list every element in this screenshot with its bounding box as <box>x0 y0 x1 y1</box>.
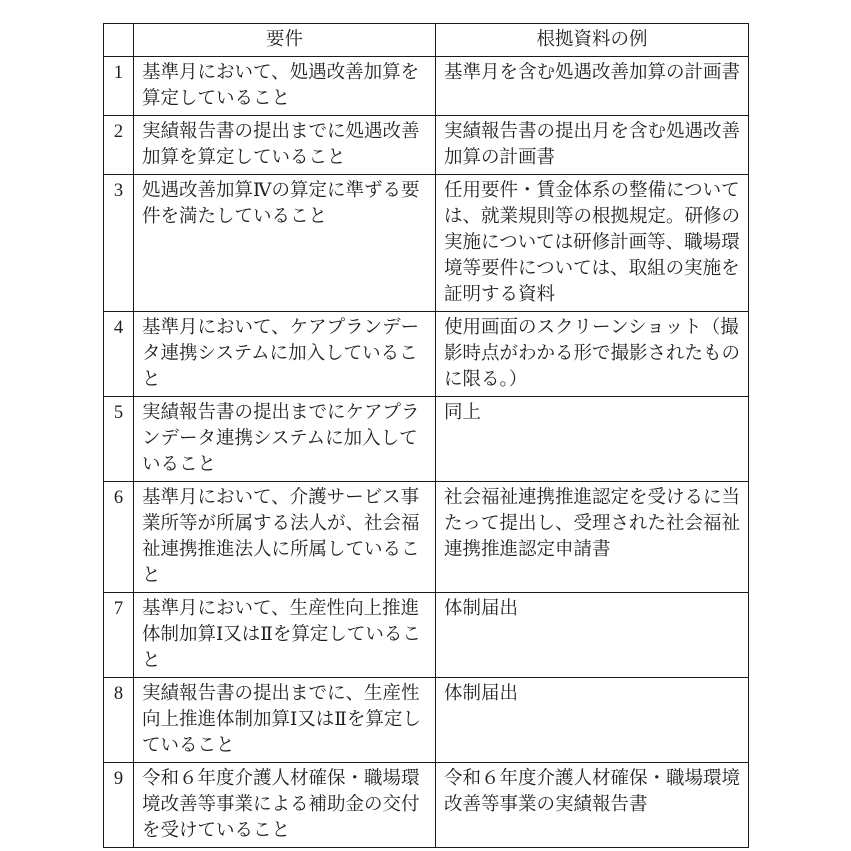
row-number-cell: 2 <box>104 116 134 175</box>
table-row: 1 基準月において、処遇改善加算を算定していること 基準月を含む処遇改善加算の計… <box>104 57 749 116</box>
table-row: 5 実績報告書の提出までにケアプランデータ連携システムに加入していること 同上 <box>104 397 749 482</box>
table-row: 6 基準月において、介護サービス事業所等が所属する法人が、社会福祉連携推進法人に… <box>104 482 749 593</box>
evidence-cell: 使用画面のスクリーンショット（撮影時点がわかる形で撮影されたものに限る。） <box>436 312 749 397</box>
requirements-evidence-table: 要件 根拠資料の例 1 基準月において、処遇改善加算を算定していること 基準月を… <box>103 23 749 848</box>
row-number-cell: 9 <box>104 763 134 848</box>
requirement-cell: 基準月において、介護サービス事業所等が所属する法人が、社会福祉連携推進法人に所属… <box>134 482 436 593</box>
column-header-evidence: 根拠資料の例 <box>436 24 749 57</box>
requirement-cell: 基準月において、生産性向上推進体制加算Ⅰ又はⅡを算定していること <box>134 593 436 678</box>
row-number-cell: 8 <box>104 678 134 763</box>
requirement-cell: 実績報告書の提出までに、生産性向上推進体制加算Ⅰ又はⅡを算定していること <box>134 678 436 763</box>
row-number-cell: 5 <box>104 397 134 482</box>
row-number-cell: 1 <box>104 57 134 116</box>
table-row: 4 基準月において、ケアプランデータ連携システムに加入していること 使用画面のス… <box>104 312 749 397</box>
evidence-cell: 令和６年度介護人材確保・職場環境改善等事業の実績報告書 <box>436 763 749 848</box>
table-row: 8 実績報告書の提出までに、生産性向上推進体制加算Ⅰ又はⅡを算定していること 体… <box>104 678 749 763</box>
row-number-cell: 3 <box>104 175 134 312</box>
column-header-requirement: 要件 <box>134 24 436 57</box>
requirement-cell: 令和６年度介護人材確保・職場環境改善等事業による補助金の交付を受けていること <box>134 763 436 848</box>
table-row: 2 実績報告書の提出までに処遇改善加算を算定していること 実績報告書の提出月を含… <box>104 116 749 175</box>
requirement-cell: 基準月において、ケアプランデータ連携システムに加入していること <box>134 312 436 397</box>
evidence-cell: 体制届出 <box>436 593 749 678</box>
requirement-cell: 実績報告書の提出までにケアプランデータ連携システムに加入していること <box>134 397 436 482</box>
row-number-cell: 7 <box>104 593 134 678</box>
evidence-cell: 任用要件・賃金体系の整備については、就業規則等の根拠規定。研修の実施については研… <box>436 175 749 312</box>
requirement-cell: 実績報告書の提出までに処遇改善加算を算定していること <box>134 116 436 175</box>
header-row: 要件 根拠資料の例 <box>104 24 749 57</box>
column-header-number <box>104 24 134 57</box>
table-row: 7 基準月において、生産性向上推進体制加算Ⅰ又はⅡを算定していること 体制届出 <box>104 593 749 678</box>
requirement-cell: 処遇改善加算Ⅳの算定に準ずる要件を満たしていること <box>134 175 436 312</box>
row-number-cell: 4 <box>104 312 134 397</box>
evidence-cell: 同上 <box>436 397 749 482</box>
document-page: 要件 根拠資料の例 1 基準月において、処遇改善加算を算定していること 基準月を… <box>0 0 851 851</box>
evidence-cell: 実績報告書の提出月を含む処遇改善加算の計画書 <box>436 116 749 175</box>
evidence-cell: 体制届出 <box>436 678 749 763</box>
requirement-cell: 基準月において、処遇改善加算を算定していること <box>134 57 436 116</box>
table-row: 3 処遇改善加算Ⅳの算定に準ずる要件を満たしていること 任用要件・賃金体系の整備… <box>104 175 749 312</box>
evidence-cell: 基準月を含む処遇改善加算の計画書 <box>436 57 749 116</box>
table-row: 9 令和６年度介護人材確保・職場環境改善等事業による補助金の交付を受けていること… <box>104 763 749 848</box>
row-number-cell: 6 <box>104 482 134 593</box>
evidence-cell: 社会福祉連携推進認定を受けるに当たって提出し、受理された社会福祉連携推進認定申請… <box>436 482 749 593</box>
